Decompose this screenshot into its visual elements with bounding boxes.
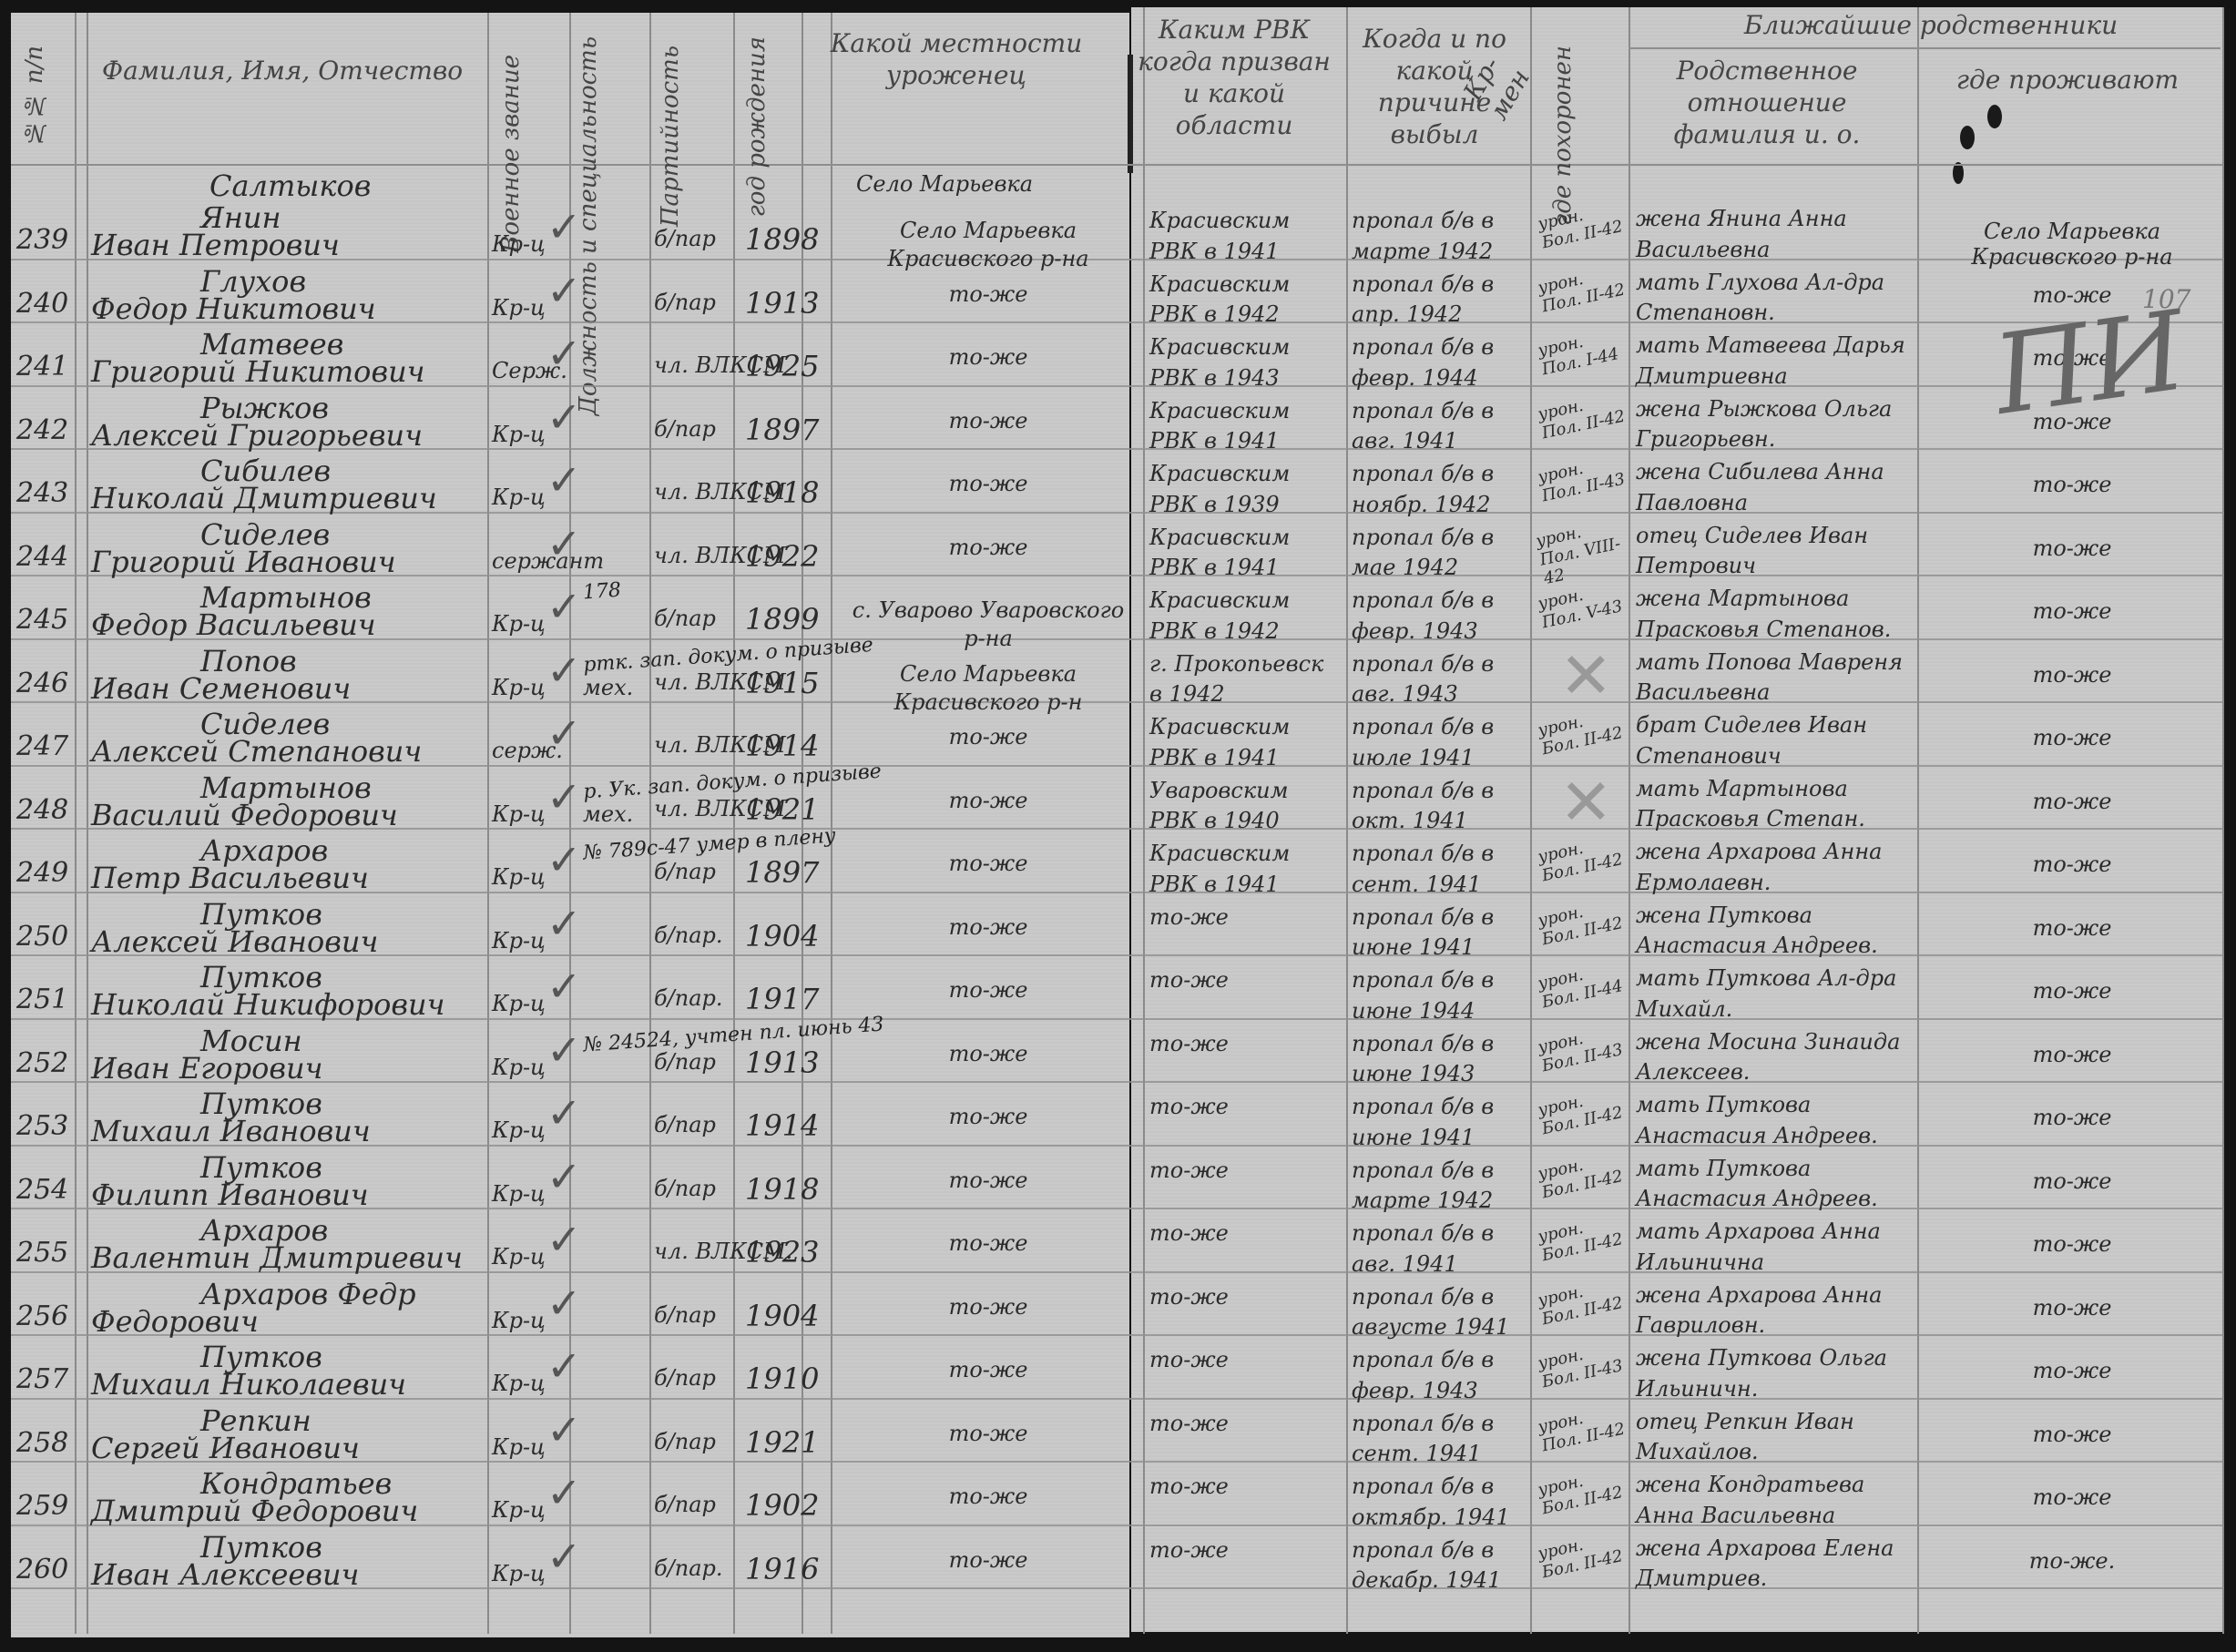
row-enlisted: Красивским РВК в 1941 xyxy=(1149,206,1341,267)
column-divider xyxy=(1917,7,1919,1634)
row-residence: то-же xyxy=(1931,1042,2213,1067)
checkmark-icon: ✓ xyxy=(546,393,582,442)
header-num: №№ п/п xyxy=(20,46,50,147)
row-birth-year: 1918 xyxy=(745,1172,819,1207)
row-given-name: Петр Васильевич xyxy=(91,861,369,895)
row-enlisted: Красивским РВК в 1941 xyxy=(1149,839,1341,900)
row-given-name: Михаил Николаевич xyxy=(91,1367,406,1402)
row-party: б/пар xyxy=(654,290,716,315)
row-birth-year: 1913 xyxy=(745,286,819,321)
row-relative: мать Путкова Анастасия Андреев. xyxy=(1636,1090,1914,1151)
row-given-name: Федор Никитович xyxy=(91,291,376,326)
row-rank: Кр-ц xyxy=(492,991,546,1016)
row-given-name: Федорович xyxy=(91,1304,259,1339)
row-fate: пропал б/в в августе 1941 xyxy=(1352,1282,1525,1343)
page-fold xyxy=(1128,55,1133,173)
row-residence: то-же xyxy=(1931,472,2213,497)
row-enlisted: Красивским РВК в 1942 xyxy=(1149,586,1341,647)
row-birth-year: 1916 xyxy=(745,1552,819,1586)
column-divider xyxy=(1629,7,1630,1634)
header-residence: где проживают xyxy=(1922,64,2213,96)
row-origin: с. Уварово Уваровского р-на xyxy=(847,597,1129,653)
row-number: 260 xyxy=(16,1554,68,1586)
row-fate: пропал б/в в октябр. 1941 xyxy=(1352,1472,1525,1533)
column-divider xyxy=(1346,7,1348,1634)
row-fate: пропал б/в в апр. 1942 xyxy=(1352,270,1525,331)
row-birth-year: 1902 xyxy=(745,1488,819,1523)
row-origin: то-же xyxy=(847,407,1129,435)
checkmark-icon: ✓ xyxy=(546,519,582,568)
row-given-name: Валентин Дмитриевич xyxy=(91,1240,463,1275)
row-given-name: Василий Федорович xyxy=(91,798,398,832)
header-name: Фамилия, Имя, Отчество xyxy=(82,55,483,87)
row-birth-year: 1925 xyxy=(745,349,819,383)
checkmark-icon: ✓ xyxy=(546,962,582,1011)
row-given-name: Григорий Иванович xyxy=(91,545,396,579)
row-origin: то-же xyxy=(847,1483,1129,1511)
row-residence: то-же xyxy=(1931,1295,2213,1321)
row-fate: пропал б/в в авг. 1943 xyxy=(1352,649,1525,710)
ink-blot xyxy=(1960,126,1975,149)
checkmark-icon: ✓ xyxy=(546,709,582,758)
row-residence: то-же xyxy=(1931,662,2213,688)
row-fate: пропал б/в в мае 1942 xyxy=(1352,523,1525,584)
row-birth-year: 1898 xyxy=(745,222,819,257)
row-origin: то-же xyxy=(847,534,1129,562)
row-enlisted: то-же xyxy=(1149,1282,1341,1313)
row-fate: пропал б/в в сент. 1941 xyxy=(1352,839,1525,900)
header-party: Партийность xyxy=(656,46,686,227)
checkmark-icon: ✓ xyxy=(546,582,582,631)
header-origin: Какой местности уроженец xyxy=(820,27,1093,91)
row-rank: Кр-ц xyxy=(492,1561,546,1586)
column-divider xyxy=(831,13,832,1634)
row-party: б/пар xyxy=(654,1176,716,1201)
row-residence: то-же xyxy=(1931,1484,2213,1510)
row-residence: то-же xyxy=(1931,978,2213,1004)
row-residence: то-же xyxy=(1931,725,2213,750)
row-party: б/пар xyxy=(654,1365,716,1391)
row-fate: пропал б/в в июне 1943 xyxy=(1352,1029,1525,1090)
row-enlisted: Красивским РВК в 1943 xyxy=(1149,332,1341,393)
row-relative: жена Рыжкова Ольга Григорьевн. xyxy=(1636,394,1914,455)
row-number: 249 xyxy=(16,857,68,889)
row-given-name: Алексей Степанович xyxy=(91,734,422,769)
row-number: 246 xyxy=(16,668,68,699)
row-birth-year: 1914 xyxy=(745,1108,819,1143)
row-origin: то-же xyxy=(847,1103,1129,1131)
checkmark-icon: ✓ xyxy=(546,1152,582,1201)
row-fate: пропал б/в в окт. 1941 xyxy=(1352,776,1525,837)
row-rank: Кр-ц xyxy=(492,484,546,510)
row-number: 241 xyxy=(16,351,68,382)
row-rank: Кр-ц xyxy=(492,1497,546,1523)
row-given-name: Иван Алексеевич xyxy=(91,1557,359,1592)
row-number: 253 xyxy=(16,1110,68,1142)
checkmark-icon: ✓ xyxy=(546,1025,582,1075)
row-partial-origin: Село Марьевка xyxy=(856,171,1033,197)
cross-mark-icon: ✕ xyxy=(1559,638,1613,713)
row-origin: то-же xyxy=(847,1040,1129,1068)
row-relative: жена Архарова Елена Дмитриев. xyxy=(1636,1534,1914,1595)
row-number: 244 xyxy=(16,541,68,573)
checkmark-icon: ✓ xyxy=(546,1405,582,1454)
row-fate: пропал б/в в июле 1941 xyxy=(1352,712,1525,773)
column-divider xyxy=(569,13,571,1634)
row-annotation: 178 xyxy=(582,579,622,605)
stamp-mark: ПИ xyxy=(1986,288,2193,440)
row-origin: то-же xyxy=(847,1356,1129,1384)
row-origin: то-же xyxy=(847,850,1129,878)
row-origin: то-же xyxy=(847,976,1129,1004)
row-residence: то-же xyxy=(1931,598,2213,624)
row-enlisted: то-же xyxy=(1149,1535,1341,1566)
row-residence: то-же xyxy=(1931,1168,2213,1194)
row-birth-year: 1904 xyxy=(745,1299,819,1333)
row-given-name: Николай Дмитриевич xyxy=(91,481,437,515)
row-number: 242 xyxy=(16,414,68,446)
row-birth-year: 1921 xyxy=(745,792,819,827)
header-relatives: Ближайшие родственники xyxy=(1667,9,2195,41)
row-origin: то-же xyxy=(847,1167,1129,1195)
row-origin: то-же xyxy=(847,343,1129,372)
row-origin: то-же xyxy=(847,1546,1129,1575)
row-number: 259 xyxy=(16,1490,68,1522)
row-birth-year: 1921 xyxy=(745,1425,819,1460)
row-rank: Кр-ц xyxy=(492,864,546,890)
row-birth-year: 1915 xyxy=(745,666,819,700)
checkmark-icon: ✓ xyxy=(546,1215,582,1264)
row-given-name: Григорий Никитович xyxy=(91,354,425,389)
row-enlisted: Красивским РВК в 1939 xyxy=(1149,459,1341,520)
row-enlisted: Красивским РВК в 1941 xyxy=(1149,523,1341,584)
row-origin: Село Марьевка Красивского р-н xyxy=(847,660,1129,717)
row-origin: то-же xyxy=(847,280,1129,309)
row-enlisted: Красивским РВК в 1941 xyxy=(1149,396,1341,457)
row-residence: то-же. xyxy=(1931,1548,2213,1574)
column-divider xyxy=(2222,7,2224,1634)
row-number: 239 xyxy=(16,224,68,256)
row-birth-year: 1913 xyxy=(745,1045,819,1080)
row-origin: то-же xyxy=(847,913,1129,942)
row-fate: пропал б/в в ноябр. 1942 xyxy=(1352,459,1525,520)
row-fate: пропал б/в в июне 1944 xyxy=(1352,965,1525,1026)
row-given-name: Алексей Григорьевич xyxy=(91,418,423,453)
row-relative: мать Глухова Ал-дра Степановн. xyxy=(1636,268,1914,329)
row-given-name: Филипп Иванович xyxy=(91,1178,369,1212)
row-position: мех. xyxy=(583,675,633,700)
row-relative: мать Мартынова Прасковья Степан. xyxy=(1636,774,1914,835)
row-given-name: Иван Петрович xyxy=(91,228,340,262)
row-relative: жена Кондратьева Анна Васильевна xyxy=(1636,1470,1914,1531)
row-number: 252 xyxy=(16,1047,68,1079)
row-rank: Кр-ц xyxy=(492,1308,546,1333)
row-fate: пропал б/в в сент. 1941 xyxy=(1352,1409,1525,1470)
checkmark-icon: ✓ xyxy=(546,899,582,948)
row-residence: то-же xyxy=(1931,1105,2213,1130)
row-partial-surname: Салтыков xyxy=(209,168,371,203)
row-origin: то-же xyxy=(847,1229,1129,1258)
row-rank: Кр-ц xyxy=(492,1181,546,1207)
row-relative: жена Архарова Анна Гавриловн. xyxy=(1636,1280,1914,1341)
row-number: 251 xyxy=(16,984,68,1015)
row-birth-year: 1923 xyxy=(745,1235,819,1270)
row-enlisted: то-же xyxy=(1149,1156,1341,1187)
checkmark-icon: ✓ xyxy=(546,1341,582,1391)
row-rank: Кр-ц xyxy=(492,231,546,257)
row-party: б/пар. xyxy=(654,985,723,1011)
header-rule xyxy=(11,164,2224,166)
column-divider xyxy=(1143,7,1145,1634)
row-residence: то-же xyxy=(1931,535,2213,561)
cross-mark-icon: ✕ xyxy=(1559,765,1613,840)
row-enlisted: то-же xyxy=(1149,1409,1341,1440)
checkmark-icon: ✓ xyxy=(546,202,582,251)
row-enlisted: то-же xyxy=(1149,1345,1341,1376)
row-fate: пропал б/в в марте 1942 xyxy=(1352,206,1525,267)
row-rank: Кр-ц xyxy=(492,1117,546,1143)
relatives-subheader-rule xyxy=(1629,47,2221,49)
row-rank: Кр-ц xyxy=(492,611,546,637)
row-residence: Село Марьевка Красивского р-на xyxy=(1931,219,2213,270)
row-residence: то-же xyxy=(1931,1358,2213,1383)
row-given-name: Федор Васильевич xyxy=(91,607,376,642)
column-divider xyxy=(649,13,651,1634)
row-origin: то-же xyxy=(847,787,1129,815)
row-fate: пропал б/в в марте 1942 xyxy=(1352,1156,1525,1217)
ink-blot xyxy=(1987,105,2002,128)
row-enlisted: г. Прокопьевск в 1942 xyxy=(1149,649,1341,710)
header-buried: где похоронен xyxy=(1548,46,1578,226)
row-position: мех. xyxy=(583,801,633,827)
row-number: 255 xyxy=(16,1237,68,1269)
row-rank: Кр-ц xyxy=(492,675,546,700)
row-party: б/пар xyxy=(654,1049,716,1075)
checkmark-icon: ✓ xyxy=(546,772,582,821)
row-party: б/пар xyxy=(654,1429,716,1454)
row-given-name: Алексей Иванович xyxy=(91,924,378,959)
row-enlisted: Красивским РВК в 1941 xyxy=(1149,712,1341,773)
row-relative: жена Мартынова Прасковья Степанов. xyxy=(1636,584,1914,645)
row-relative: мать Попова Мавреня Васильевна xyxy=(1636,648,1914,709)
row-birth-year: 1914 xyxy=(745,729,819,763)
checkmark-icon: ✓ xyxy=(546,329,582,378)
checkmark-icon: ✓ xyxy=(546,1532,582,1581)
row-birth-year: 1897 xyxy=(745,855,819,890)
header-enlisted: Каким РВК когда призван и какой области xyxy=(1134,14,1334,141)
row-fate: пропал б/в в авг. 1941 xyxy=(1352,1219,1525,1280)
row-relative: мать Матвеева Дарья Дмитриевна xyxy=(1636,331,1914,392)
row-residence: то-же xyxy=(1931,1422,2213,1447)
checkmark-icon: ✓ xyxy=(546,455,582,505)
checkmark-icon: ✓ xyxy=(546,835,582,884)
row-number: 256 xyxy=(16,1300,68,1332)
checkmark-icon: ✓ xyxy=(546,1088,582,1137)
row-enlisted: Уваровским РВК в 1940 xyxy=(1149,776,1341,837)
row-given-name: Михаил Иванович xyxy=(91,1114,371,1148)
row-number: 243 xyxy=(16,477,68,509)
row-number: 248 xyxy=(16,794,68,826)
row-fate: пропал б/в в февр. 1943 xyxy=(1352,1345,1525,1406)
row-number: 254 xyxy=(16,1174,68,1206)
row-party: б/пар xyxy=(654,859,716,884)
row-relative: мать Путкова Ал-дра Михайл. xyxy=(1636,964,1914,1025)
row-party: б/пар. xyxy=(654,923,723,948)
row-rank: Кр-ц xyxy=(492,801,546,827)
checkmark-icon: ✓ xyxy=(546,646,582,695)
row-party: б/пар xyxy=(654,1492,716,1517)
column-divider xyxy=(75,13,77,1634)
row-party: б/пар xyxy=(654,416,716,442)
checkmark-icon: ✓ xyxy=(546,1279,582,1328)
row-fate: пропал б/в в февр. 1943 xyxy=(1352,586,1525,647)
row-given-name: Иван Семенович xyxy=(91,671,351,706)
row-relative: жена Мосина Зинаида Алексеев. xyxy=(1636,1027,1914,1088)
row-given-name: Николай Никифорович xyxy=(91,987,445,1022)
row-residence: то-же xyxy=(1931,851,2213,877)
row-party: б/пар xyxy=(654,606,716,631)
header-birth-year: год рождения xyxy=(742,36,772,217)
column-divider xyxy=(733,13,735,1634)
row-number: 245 xyxy=(16,604,68,636)
row-number: 257 xyxy=(16,1363,68,1395)
row-relative: жена Янина Анна Васильевна xyxy=(1636,204,1914,265)
header-rank: Военное звание xyxy=(496,55,526,253)
row-residence: то-же xyxy=(1931,915,2213,941)
row-enlisted: то-же xyxy=(1149,965,1341,996)
row-rank: Кр-ц xyxy=(492,1371,546,1396)
row-birth-year: 1899 xyxy=(745,602,819,637)
checkmark-icon: ✓ xyxy=(546,266,582,315)
row-relative: отец Репкин Иван Михайлов. xyxy=(1636,1407,1914,1468)
row-rank: Кр-ц xyxy=(492,1244,546,1270)
row-given-name: Иван Егорович xyxy=(91,1051,323,1086)
row-relative: жена Путкова Анастасия Андреев. xyxy=(1636,901,1914,962)
row-origin: то-же xyxy=(847,1293,1129,1321)
row-number: 250 xyxy=(16,921,68,953)
row-enlisted: то-же xyxy=(1149,902,1341,933)
row-relative: жена Путкова Ольга Ильиничн. xyxy=(1636,1343,1914,1404)
row-fate: пропал б/в в декабр. 1941 xyxy=(1352,1535,1525,1596)
row-birth-year: 1897 xyxy=(745,413,819,447)
row-party: б/пар xyxy=(654,226,716,251)
row-origin: то-же xyxy=(847,723,1129,751)
row-fate: пропал б/в в июне 1941 xyxy=(1352,1092,1525,1153)
row-rank: Кр-ц xyxy=(492,295,546,321)
column-divider xyxy=(87,13,88,1634)
row-birth-year: 1917 xyxy=(745,982,819,1016)
row-relative: брат Сиделев Иван Степанович xyxy=(1636,710,1914,771)
row-relative: жена Архарова Анна Ермолаевн. xyxy=(1636,837,1914,898)
row-residence: то-же xyxy=(1931,1231,2213,1257)
row-given-name: Сергей Иванович xyxy=(91,1431,360,1465)
row-rank: Кр-ц xyxy=(492,928,546,953)
row-number: 247 xyxy=(16,730,68,762)
row-enlisted: то-же xyxy=(1149,1092,1341,1123)
row-party: б/пар xyxy=(654,1302,716,1328)
row-enlisted: то-же xyxy=(1149,1472,1341,1503)
row-relative: мать Путкова Анастасия Андреев. xyxy=(1636,1154,1914,1215)
column-divider xyxy=(1530,7,1532,1634)
row-party: б/пар xyxy=(654,1112,716,1137)
row-fate: пропал б/в в июне 1941 xyxy=(1352,902,1525,964)
row-enlisted: Красивским РВК в 1942 xyxy=(1149,270,1341,331)
row-birth-year: 1918 xyxy=(745,475,819,510)
row-relative: отец Сиделев Иван Петрович xyxy=(1636,521,1914,582)
row-enlisted: то-же xyxy=(1149,1029,1341,1060)
checkmark-icon: ✓ xyxy=(546,1468,582,1517)
row-fate: пропал б/в в февр. 1944 xyxy=(1352,332,1525,393)
row-rank: Кр-ц xyxy=(492,1055,546,1080)
row-origin: то-же xyxy=(847,470,1129,498)
column-divider xyxy=(487,13,489,1634)
row-party: б/пар. xyxy=(654,1555,723,1581)
row-given-name: Дмитрий Федорович xyxy=(91,1494,418,1528)
row-enlisted: то-же xyxy=(1149,1219,1341,1249)
row-rank: Кр-ц xyxy=(492,422,546,447)
row-origin: то-же xyxy=(847,1420,1129,1448)
row-number: 240 xyxy=(16,288,68,320)
header-relation: Родственное отношение фамилия и. о. xyxy=(1630,55,1904,150)
row-relative: мать Архарова Анна Ильинична xyxy=(1636,1217,1914,1278)
row-number: 258 xyxy=(16,1427,68,1459)
row-origin: Село Марьевка Красивского р-на xyxy=(847,217,1129,273)
row-residence: то-же xyxy=(1931,789,2213,814)
row-birth-year: 1910 xyxy=(745,1361,819,1396)
row-fate: пропал б/в в авг. 1941 xyxy=(1352,396,1525,457)
row-rank: Кр-ц xyxy=(492,1434,546,1460)
row-birth-year: 1922 xyxy=(745,539,819,574)
row-relative: жена Сибилева Анна Павловна xyxy=(1636,457,1914,518)
row-birth-year: 1904 xyxy=(745,919,819,953)
